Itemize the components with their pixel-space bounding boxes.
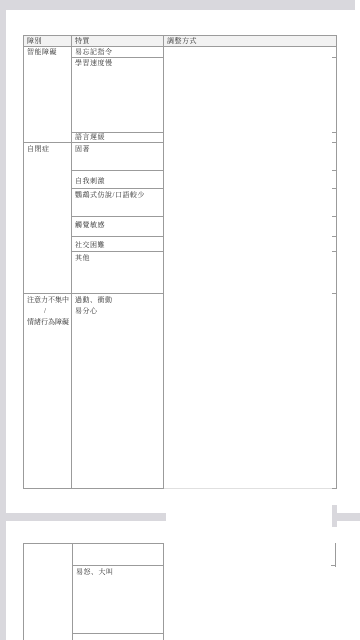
trait-cell: 語言遲緩 bbox=[75, 133, 105, 142]
table-border-bottom-faint bbox=[164, 488, 336, 489]
trait-cell: 社交困難 bbox=[75, 241, 105, 250]
table2-border-col2 bbox=[163, 543, 164, 640]
trait-cell: 易分心 bbox=[75, 307, 98, 316]
table2-border-right bbox=[335, 543, 336, 567]
table-group-border bbox=[23, 142, 164, 143]
trait-cell: 自我刺激 bbox=[75, 177, 105, 186]
table-border-bottom bbox=[23, 488, 164, 489]
trait-cell: 易忘記指令 bbox=[75, 48, 113, 57]
row-tick bbox=[331, 565, 335, 566]
trait-cell: 觸覺敏感 bbox=[75, 221, 105, 230]
row-tick bbox=[332, 142, 336, 143]
trait-cell: 易怒、大叫 bbox=[76, 568, 114, 577]
page-1[interactable] bbox=[6, 10, 360, 513]
table-border-col1 bbox=[71, 35, 72, 489]
table-row-border bbox=[71, 170, 164, 171]
table2-border-col1 bbox=[72, 543, 73, 640]
category-adhd-line1: 注意力不集中 bbox=[27, 296, 69, 305]
column-header-adjustment: 調整方式 bbox=[167, 37, 197, 46]
table-border-header-bottom bbox=[23, 46, 337, 47]
table-border-col2 bbox=[163, 35, 164, 489]
table-border-top bbox=[23, 35, 337, 36]
row-tick bbox=[332, 488, 336, 489]
table-row-border bbox=[71, 216, 164, 217]
canvas-top-margin bbox=[0, 0, 354, 10]
table-row-border bbox=[71, 251, 164, 252]
trait-cell: 其他 bbox=[75, 254, 90, 263]
column-header-traits: 特質 bbox=[75, 37, 90, 46]
table2-border-left bbox=[23, 543, 24, 640]
table-group-border bbox=[23, 293, 164, 294]
row-tick bbox=[332, 188, 336, 189]
row-tick bbox=[332, 132, 336, 133]
table-row-border bbox=[71, 57, 164, 58]
row-tick bbox=[332, 236, 336, 237]
table-row-border bbox=[71, 236, 164, 237]
row-tick bbox=[332, 57, 336, 58]
document-viewer[interactable]: 障別 特質 調整方式 智能障礙 易忘記指令 學習速度慢 語言遲緩 自閉症 固著 … bbox=[0, 0, 360, 640]
table2-row-border bbox=[72, 633, 164, 634]
category-autism: 自閉症 bbox=[27, 145, 50, 154]
page-gap-right bbox=[337, 513, 360, 521]
category-intellectual-disability: 智能障礙 bbox=[27, 48, 57, 57]
row-tick bbox=[332, 251, 336, 252]
table2-row-border bbox=[72, 565, 164, 566]
table-border-right bbox=[336, 35, 337, 489]
page-2[interactable] bbox=[6, 521, 360, 640]
row-tick bbox=[332, 216, 336, 217]
trait-cell: 固著 bbox=[75, 145, 90, 154]
trait-cell: 過動、衝動 bbox=[75, 296, 113, 305]
category-adhd-line3: 情緒行為障礙 bbox=[27, 318, 69, 327]
trait-cell: 學習速度慢 bbox=[75, 59, 113, 68]
table-row-border bbox=[71, 188, 164, 189]
row-tick bbox=[332, 293, 336, 294]
table-border-left bbox=[23, 35, 24, 489]
page-gap-left bbox=[0, 513, 166, 521]
page-column-gap-top bbox=[352, 0, 355, 10]
trait-cell: 鸚鵡式仿說/口語較少 bbox=[75, 191, 145, 200]
canvas-left-margin bbox=[0, 10, 6, 640]
table2-border-top bbox=[23, 543, 164, 544]
column-header-disability: 障別 bbox=[27, 37, 42, 46]
row-tick bbox=[332, 170, 336, 171]
category-adhd-line2: / bbox=[44, 307, 46, 316]
